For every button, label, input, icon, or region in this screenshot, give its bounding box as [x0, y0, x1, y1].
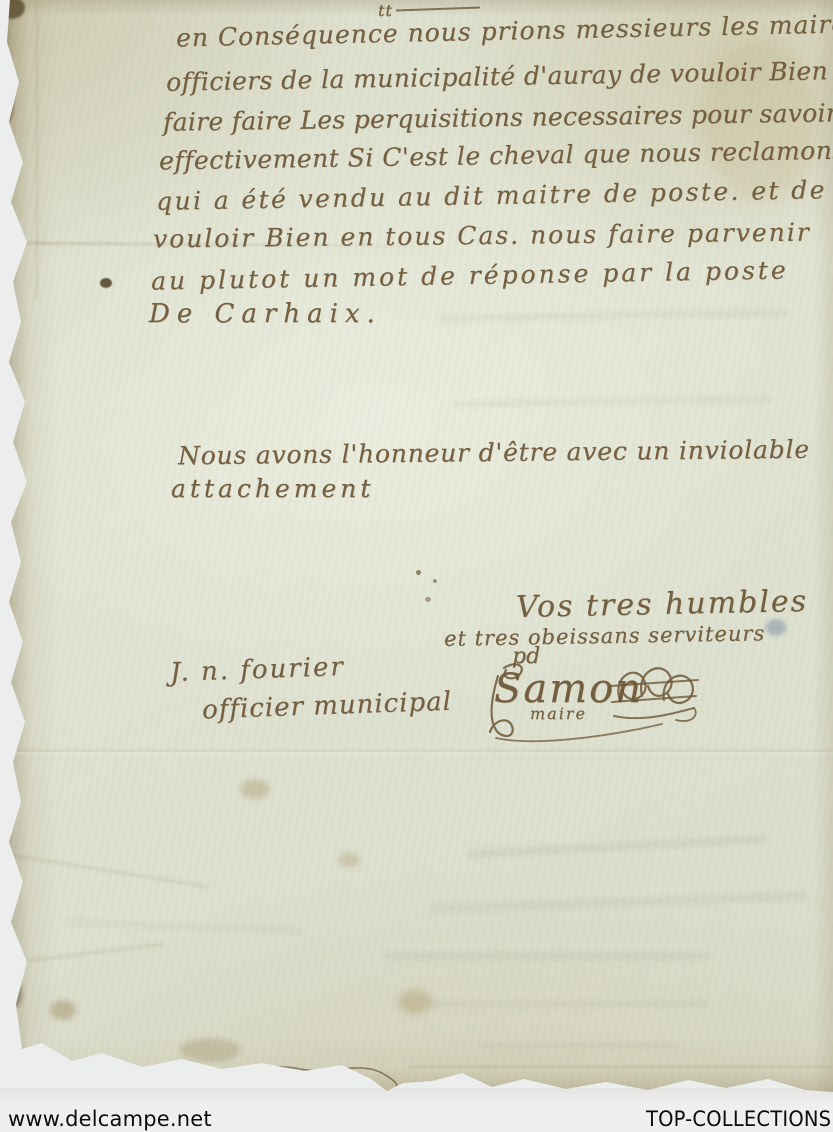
fold-crease — [0, 750, 833, 752]
insertion-mark-stroke — [396, 7, 480, 12]
bleed-through-line — [64, 919, 304, 934]
blue-smudge — [766, 619, 786, 636]
foxing-stain — [338, 853, 360, 867]
manuscript-line: officiers de la municipalité d'auray de … — [166, 56, 828, 97]
manuscript-paper: tt en Conséquence nous prions messieurs … — [0, 0, 833, 1105]
manuscript-line: au plutot un mot de réponse par la poste — [151, 255, 789, 295]
closing-line: Nous avons l'honneur d'être avec un invi… — [178, 435, 810, 471]
edge-debris — [0, 88, 14, 122]
wrinkle — [0, 943, 164, 967]
bleed-through-line — [382, 952, 712, 960]
signature-flourish — [482, 662, 702, 752]
foxing-stain — [240, 779, 270, 799]
paper-edge-right — [813, 0, 833, 1105]
valediction-line: et tres obeissans serviteurs — [444, 621, 766, 651]
foxing-stain — [50, 1000, 76, 1020]
fold-crease — [0, 752, 833, 754]
ink-spot — [100, 278, 112, 288]
manuscript-line: en Conséquence nous prions messieurs les… — [176, 9, 833, 53]
bleed-through-line — [478, 1042, 678, 1049]
manuscript-line: faire faire Les perquisitions necessaire… — [163, 98, 833, 136]
signature-fourier-title: officier municipal — [202, 687, 453, 726]
ink-speck — [425, 597, 431, 602]
fold-crease — [410, 1066, 833, 1068]
bleed-through-line — [468, 834, 768, 859]
valediction-line: Vos tres humbles — [516, 584, 809, 625]
wrinkle — [36, 0, 38, 300]
manuscript-line: vouloir Bien en tous Cas. nous faire par… — [153, 218, 811, 254]
bleed-through-line — [428, 891, 808, 913]
foxing-stain — [398, 990, 432, 1014]
watermark-top-collections: TOP-COLLECTIONS — [646, 1107, 831, 1131]
closing-line: attachement — [171, 474, 374, 503]
edge-debris — [2, 628, 14, 658]
paper-tear — [30, 1035, 450, 1095]
edge-debris — [0, 0, 25, 19]
edge-debris — [6, 978, 22, 1008]
bleed-through-line — [428, 1000, 708, 1008]
signature-fourier-name: J. n. fourier — [170, 652, 346, 688]
scan-background-bar: www.delcampe.net TOP-COLLECTIONS — [0, 1088, 833, 1132]
manuscript-line: qui a été vendu au dit maitre de poste. … — [156, 175, 827, 216]
manuscript-line: effectivement Si C'est le cheval que nou… — [159, 136, 833, 176]
watermark-delcampe: www.delcampe.net — [8, 1107, 212, 1131]
ink-speck — [416, 570, 421, 575]
wrinkle — [0, 851, 209, 888]
ink-speck — [433, 579, 437, 583]
bleed-through-line — [452, 395, 772, 408]
insertion-mark-text: tt — [378, 1, 393, 20]
scanned-letter: www.delcampe.net TOP-COLLECTIONS — [0, 0, 833, 1132]
manuscript-line: De Carhaix. — [149, 299, 382, 329]
deckle-edge-left — [0, 0, 60, 1105]
bleed-through-line — [438, 309, 788, 322]
